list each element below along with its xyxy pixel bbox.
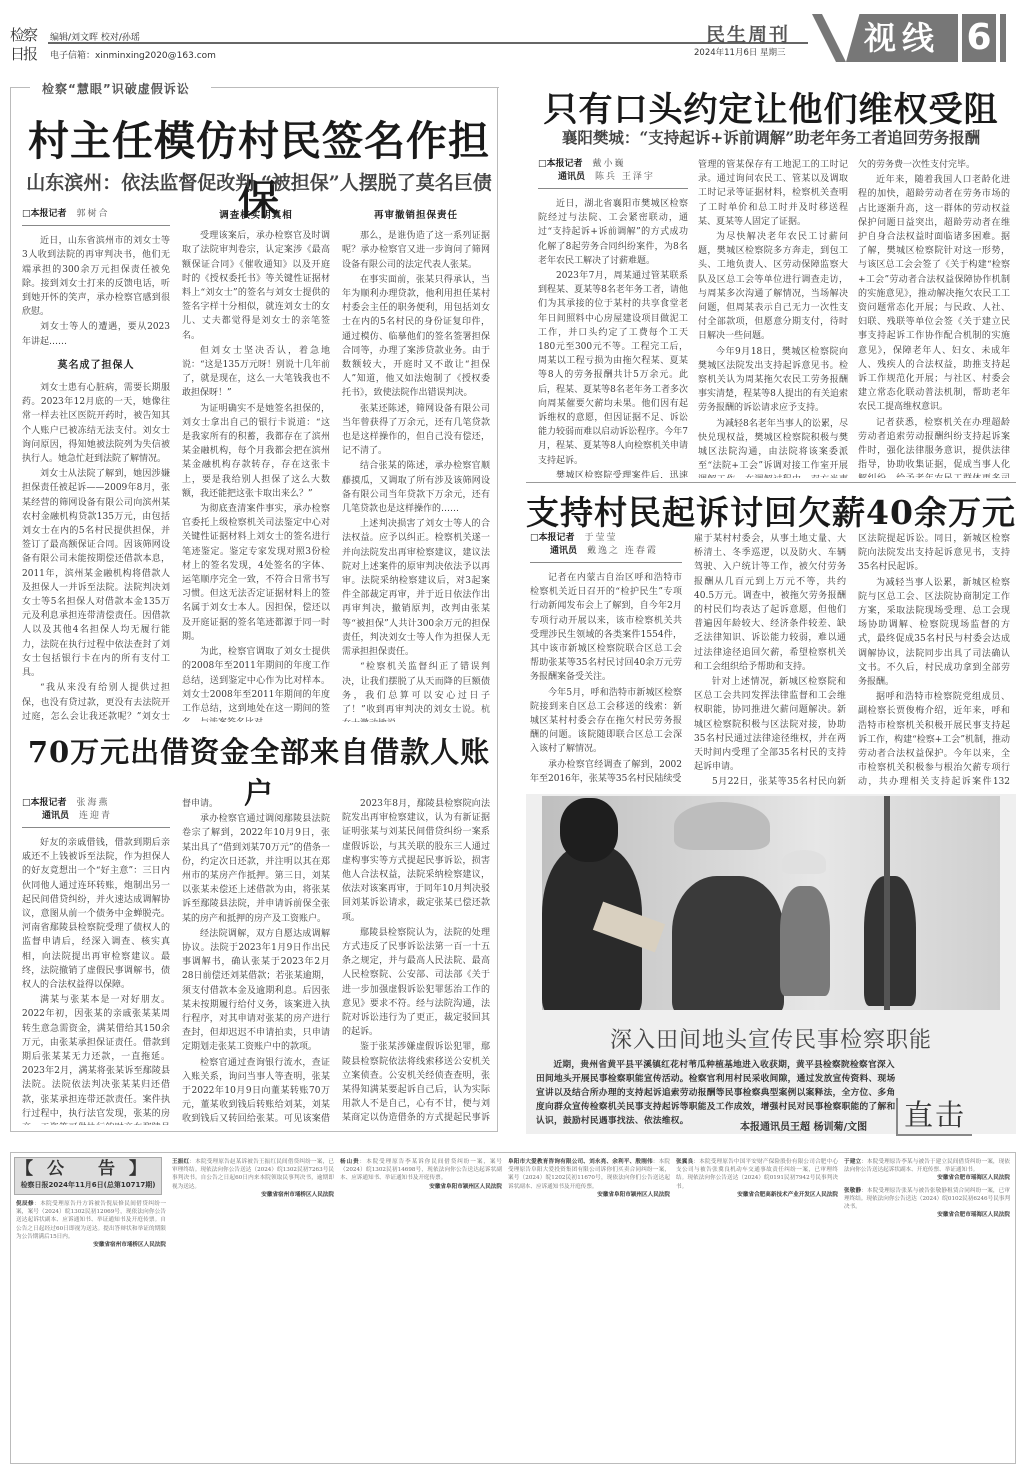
notice-entry: 张冀良：本院受理原告中国平安财产保险股份有限公司合肥中心支公司与被告张冀良机动车… [676,1158,838,1199]
column-kicker: 检察“慧眼”识破虚假诉讼 [36,80,196,97]
article-column: □本报记者于莹莹 通讯员戴逸之 连春霞 记者在内蒙古自治区呼和浩特市检察机关近日… [530,532,682,787]
news-photo [542,796,1000,1010]
article-column: 再审撤销担保责任 那么，是谁伪造了这一系列证据呢？承办检察官又进一步询问了筛网设… [342,207,490,722]
masthead-rule [48,42,808,44]
background-figure [780,886,830,996]
background-official [864,876,916,1006]
notice-column: 于建立：本院受理原告李某与被告于建立民间借贷纠纷一案，现依法向你公告送达起诉状副… [844,1158,1010,1458]
section-heading: 调查核实明真相 [182,209,330,223]
column-tag: 直击 [896,1098,972,1136]
notice-entry: 杨山贵：本院受理原告李某诉你民间借贷纠纷一案，案号（2024）皖1302民初14… [340,1158,502,1191]
byline: □本报记者于莹莹 通讯员戴逸之 连春霞 [530,532,682,563]
article-column: 2023年8月，鄢陵县检察院向法院发出再审检察建议，认为有新证据证明张某与刘某民… [342,797,490,1125]
subhead-signature-forgery: 山东滨州：依法监督促改判 “被担保”人摆脱了莫名巨债 [24,168,494,195]
photo-caption-title: 深入田间地头宣传民事检察职能 [526,1023,1016,1054]
notices-header: 【公 告】 检察日报2024年11月6日(总第10717期) [14,1157,162,1195]
article-column: 督申请。 承办检察官通过调阅鄢陵县法院卷宗了解到，2022年10月9日，张某出具… [182,797,330,1125]
article-column: 区法院提起诉讼。同日，新城区检察院向法院发出支持起诉意见书，支持35名村民起诉。… [858,532,1010,787]
headline-unpaid-wages: 支持村民起诉讨回欠薪40余万元 [526,487,1016,534]
page-bar [1000,14,1006,62]
notice-entry: 张敬静：本院受理原告张某与被告张敬静租赁合同纠纷一案，已审理终结。现依法向你公告… [844,1187,1010,1220]
newspaper-logo: 检察日报 [10,26,46,66]
page-number: 6 [962,14,996,62]
subhead-oral-agreement: 襄阳樊城：“支持起诉+诉前调解”助老年务工者追回劳务报酬 [526,126,1016,148]
article-column: 欠的劳务费一次性支付完毕。 近年来，随着我国人口老龄化进程的加快，超龄劳动者在劳… [858,158,1010,478]
notice-entry: 阜阳市大爱教育咨询有限公司、刘永亮、余利平、殷刚伟：本院受理原告阜阳大爱投资集团… [508,1158,670,1199]
notice-entry: 王振红：本院受理原告赵某诉被告王振红民间借贷纠纷一案，已审理终结。现依法向你公告… [172,1158,334,1199]
masthead: 检察日报 编辑/刘文晖 校对/孙瑶 电子信箱：xinminxing2020@16… [0,0,1024,70]
background-hat [782,850,826,874]
notice-column: 张冀良：本院受理原告中国平安财产保险股份有限公司合肥中心支公司与被告张冀良机动车… [676,1158,838,1458]
article-column: 调查核实明真相 受理该案后，承办检察官及时调取了法院审判卷宗，认定案涉《最高额保… [182,207,330,722]
photo-credit: 本报通讯员王超 杨训菊/文图 [740,1118,867,1133]
notice-entry: 于建立：本院受理原告李某与被告于建立民间借贷纠纷一案，现依法向你公告送达起诉状副… [844,1158,1010,1183]
byline: □本报记者戴小巍 通讯员陈兵 王泽宇 [538,158,688,189]
notice-entry: 倪辰修：本院受理原告丹方诉被告倪辰修民间借贷纠纷一案，案号（2024）皖1302… [16,1200,166,1249]
email-line: 电子信箱：xinminxing2020@163.com [50,48,216,61]
section-heading: 再审撤销担保责任 [342,209,490,223]
article-column: 管理的管某保存有工地泥工的工时记录。通过询问农民工、管某以及调取工时记录等证据材… [698,158,848,478]
byline: □本报记者张海燕 通讯员连迎青 [22,797,170,828]
byline: □本报记者郭树合 [22,207,170,226]
prosecutor-head [560,798,618,862]
article-column: □本报记者张海燕 通讯员连迎青 好友的亲戚借钱，借款到期后亲戚还不上钱被诉至法院… [22,797,170,1125]
notice-column: 倪辰修：本院受理原告丹方诉被告倪辰修民间借贷纠纷一案，案号（2024）皖1302… [16,1200,166,1458]
bamboo-pole [884,796,890,1010]
notices-title: 【公 告】 [15,1158,161,1180]
notice-column: 王振红：本院受理原告赵某诉被告王振红民间借贷纠纷一案，已审理终结。现依法向你公告… [172,1158,334,1458]
notice-column: 阜阳市大爱教育咨询有限公司、刘永亮、余利平、殷刚伟：本院受理原告阜阳大爱投资集团… [508,1158,670,1458]
farmer-figure [672,876,784,1010]
notices-issue: 检察日报2024年11月6日(总第10717期) [15,1180,161,1190]
notice-column: 杨山贵：本院受理原告李某诉你民间借贷纠纷一案，案号（2024）皖1302民初14… [340,1158,502,1458]
article-column: 雇于某村村委会，从事土地丈量、大桥清土、冬季巡逻，以及防火、车辆驾驶、入户统计等… [694,532,846,787]
farmer-hat [674,802,770,850]
publication-date: 2024年11月6日 星期三 [694,46,786,58]
headline-oral-agreement: 只有口头约定让他们维权受阻 [526,82,1016,131]
article-column: □本报记者郭树合 近日，山东省滨州市的刘女士等3人收到法院的再审判决书，他们无端… [22,207,170,722]
article-column: □本报记者戴小巍 通讯员陈兵 王泽宇 近日，湖北省襄阳市樊城区检察院经过与法院、… [538,158,688,478]
supplement-name: 民生周刊 [706,20,790,47]
section-name: 视线 [846,14,958,62]
slash-decoration-icon [812,14,852,62]
article-divider [526,482,1016,483]
section-heading: 莫名成了担保人 [22,359,170,373]
